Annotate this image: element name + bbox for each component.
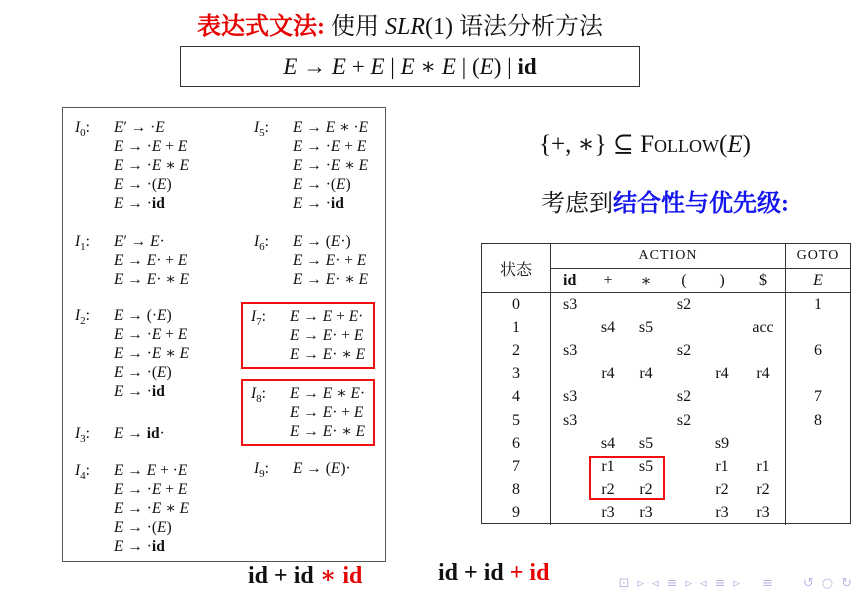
- item-set-i7: I7:E → E + E·E → E· + EE → E· ∗ E: [241, 302, 375, 369]
- item-set-lines: E → E + E·E → E· + EE → E· ∗ E: [290, 307, 365, 364]
- action-cell: [589, 409, 627, 432]
- nonterminal-header: E: [786, 269, 850, 293]
- terminal-header: $: [741, 269, 786, 293]
- action-cell: r4: [703, 363, 741, 386]
- item-set-lines: E → (E)·: [293, 459, 351, 484]
- item-set-i2: I2:E → (·E)E → ·E + EE → ·E ∗ EE → ·(E)E…: [75, 306, 189, 401]
- example-expression-2: id + id + id: [438, 560, 549, 587]
- follow-set-prefix: {+, ∗} ⊆: [539, 131, 640, 158]
- action-cell: r3: [589, 502, 627, 525]
- action-cell: acc: [741, 316, 786, 339]
- action-cell: r2: [741, 479, 786, 502]
- item-set-lines: E → (·E)E → ·E + EE → ·E ∗ EE → ·(E)E → …: [114, 306, 189, 401]
- slide-title: 表达式文法: 使用 SLR(1) 语法分析方法: [72, 6, 728, 41]
- action-cell: s3: [551, 339, 589, 362]
- action-cell: s2: [665, 339, 703, 362]
- state-cell: 8: [482, 479, 551, 502]
- section-lines-icon[interactable]: ≡: [715, 576, 726, 591]
- item-line: E → (E·): [293, 232, 368, 251]
- slide: 表达式文法: 使用 SLR(1) 语法分析方法 E → E + E | E ∗ …: [0, 0, 856, 593]
- action-cell: s4: [589, 316, 627, 339]
- item-line: E → ·id: [293, 194, 368, 213]
- state-cell: 4: [482, 386, 551, 409]
- lr0-item-sets-panel: I0:E′ → ·EE → ·E + EE → ·E ∗ EE → ·(E)E …: [62, 107, 386, 562]
- item-set-lines: E → (E·)E → E· + EE → E· ∗ E: [293, 232, 368, 289]
- action-cell: [741, 432, 786, 455]
- item-line: E → ·id: [114, 537, 189, 556]
- action-cell: [665, 316, 703, 339]
- goto-cell: 6: [786, 339, 850, 362]
- follow-word: Follow: [640, 131, 719, 158]
- consider-plain: 考虑到: [541, 191, 613, 217]
- terminal-header: id: [551, 269, 589, 293]
- action-cell: [665, 479, 703, 502]
- goto-cell: [786, 432, 850, 455]
- action-cell: [665, 502, 703, 525]
- action-cell: s2: [665, 386, 703, 409]
- goto-cell: [786, 363, 850, 386]
- action-cell: [703, 293, 741, 316]
- action-cell: [627, 409, 665, 432]
- example-expression-1: id + id ∗ id: [248, 560, 362, 590]
- item-line: E → E· ∗ E: [293, 270, 368, 289]
- goto-cell: [786, 502, 850, 525]
- expression-segment: id + id: [438, 560, 510, 586]
- frame-lines-icon[interactable]: ≡: [667, 576, 678, 591]
- action-cell: r4: [589, 363, 627, 386]
- item-line: E → E· + E: [290, 326, 365, 345]
- beamer-navigation-bar: ⊡▹◃≡▹◃≡▹≡↺○↻: [619, 576, 852, 591]
- parse-table-grid: 状态ACTIONGOTOid+∗()$E0s3s211s4s5acc2s3s26…: [481, 243, 851, 524]
- action-cell: [665, 432, 703, 455]
- action-cell: [741, 386, 786, 409]
- action-cell: [551, 432, 589, 455]
- item-set-label: I5:: [254, 118, 284, 213]
- item-set-lines: E → id·: [114, 424, 165, 449]
- item-set-lines: E′ → ·EE → ·E + EE → ·E ∗ EE → ·(E)E → ·…: [114, 118, 189, 213]
- consider-emph: 结合性与优先级:: [613, 191, 789, 217]
- item-set-i0: I0:E′ → ·EE → ·E + EE → ·E ∗ EE → ·(E)E …: [75, 118, 189, 213]
- terminal-header: +: [589, 269, 627, 293]
- item-line: E → E· + E: [290, 403, 365, 422]
- action-cell: r3: [741, 502, 786, 525]
- item-set-i1: I1:E′ → E·E → E· + EE → E· ∗ E: [75, 232, 189, 289]
- item-line: E → (E)·: [293, 459, 351, 478]
- consider-line: 考虑到结合性与优先级:: [480, 183, 850, 218]
- goto-cell: [786, 479, 850, 502]
- action-cell: s3: [551, 386, 589, 409]
- action-cell: r2: [703, 479, 741, 502]
- action-cell: [551, 479, 589, 502]
- action-cell: [589, 386, 627, 409]
- action-cell: s4: [589, 432, 627, 455]
- item-line: E → ·E ∗ E: [114, 499, 189, 518]
- prev-frame-icon[interactable]: ◃: [652, 576, 659, 591]
- prev-section-icon[interactable]: ◃: [700, 576, 707, 591]
- action-cell: s5: [627, 432, 665, 455]
- title-text-before: 使用: [325, 14, 385, 40]
- item-set-lines: E → E ∗ E·E → E· + EE → E· ∗ E: [290, 384, 365, 441]
- item-line: E → ·E ∗ E: [114, 344, 189, 363]
- presentation-icon[interactable]: ≡: [762, 576, 773, 591]
- title-text-after: 语法分析方法: [453, 14, 603, 40]
- action-cell: s5: [627, 316, 665, 339]
- item-set-i5: I5:E → E ∗ ·EE → ·E + EE → ·E ∗ EE → ·(E…: [254, 118, 368, 213]
- action-cell: [627, 339, 665, 362]
- action-cell: [741, 339, 786, 362]
- action-cell: [741, 293, 786, 316]
- item-set-i8: I8:E → E ∗ E·E → E· + EE → E· ∗ E: [241, 379, 375, 446]
- action-cell: [703, 409, 741, 432]
- item-line: E → (·E): [114, 306, 189, 325]
- item-set-lines: E → E + ·EE → ·E + EE → ·E ∗ EE → ·(E)E …: [114, 461, 189, 556]
- item-line: E → E + E·: [290, 307, 365, 326]
- item-line: E → E· + E: [114, 251, 189, 270]
- forward-icon[interactable]: ↻: [841, 576, 852, 591]
- action-cell: s3: [551, 293, 589, 316]
- item-line: E → E ∗ ·E: [293, 118, 368, 137]
- action-cell: r1: [703, 455, 741, 478]
- state-cell: 6: [482, 432, 551, 455]
- item-line: E → ·(E): [114, 363, 189, 382]
- action-cell: [589, 293, 627, 316]
- item-line: E → E· + E: [293, 251, 368, 270]
- action-cell: [703, 386, 741, 409]
- item-line: E → ·E + E: [114, 137, 189, 156]
- title-math-paren: (1): [425, 14, 453, 40]
- item-set-i3: I3:E → id·: [75, 424, 165, 449]
- goto-cell: [786, 455, 850, 478]
- back-icon[interactable]: ↺: [803, 576, 814, 591]
- item-set-label: I0:: [75, 118, 105, 213]
- item-line: E → ·E ∗ E: [114, 156, 189, 175]
- item-set-label: I8:: [251, 384, 281, 441]
- follow-set-line: {+, ∗} ⊆ Follow(E): [460, 129, 830, 159]
- item-line: E → ·E + E: [114, 325, 189, 344]
- next-section-icon[interactable]: ▹: [733, 576, 740, 591]
- item-set-label: I4:: [75, 461, 105, 556]
- title-emph: 表达式文法:: [197, 14, 325, 40]
- circle-icon[interactable]: ○: [822, 576, 833, 591]
- item-line: E → ·E + E: [114, 480, 189, 499]
- action-cell: [741, 409, 786, 432]
- item-set-label: I1:: [75, 232, 105, 289]
- goto-cell: 1: [786, 293, 850, 316]
- state-column-header: 状态: [482, 244, 551, 293]
- next-frame-icon[interactable]: ▹: [685, 576, 692, 591]
- goto-cell: 8: [786, 409, 850, 432]
- goto-cell: [786, 316, 850, 339]
- action-cell: [703, 316, 741, 339]
- table-conflict-highlight-box: [589, 456, 665, 500]
- item-set-label: I2:: [75, 306, 105, 401]
- item-line: E → E· ∗ E: [114, 270, 189, 289]
- next-slide-icon[interactable]: ▹: [637, 576, 644, 591]
- state-cell: 3: [482, 363, 551, 386]
- item-line: E → ·id: [114, 194, 189, 213]
- action-cell: s3: [551, 409, 589, 432]
- item-line: E → ·(E): [114, 175, 189, 194]
- action-cell: s9: [703, 432, 741, 455]
- action-cell: s2: [665, 409, 703, 432]
- action-cell: [551, 502, 589, 525]
- state-cell: 1: [482, 316, 551, 339]
- item-set-label: I9:: [254, 459, 284, 484]
- state-cell: 9: [482, 502, 551, 525]
- state-cell: 7: [482, 455, 551, 478]
- terminal-header: ∗: [627, 269, 665, 293]
- action-cell: [627, 293, 665, 316]
- action-cell: [665, 363, 703, 386]
- item-line: E → ·E + E: [293, 137, 368, 156]
- item-set-i9: I9:E → (E)·: [254, 459, 351, 484]
- slr-parse-table: 状态ACTIONGOTOid+∗()$E0s3s211s4s5acc2s3s26…: [481, 243, 851, 524]
- item-line: E → ·(E): [293, 175, 368, 194]
- action-cell: [589, 339, 627, 362]
- frames-icon[interactable]: ⊡: [619, 576, 630, 591]
- terminal-header: (: [665, 269, 703, 293]
- item-line: E′ → ·E: [114, 118, 189, 137]
- item-line: E → ·id: [114, 382, 189, 401]
- action-cell: s2: [665, 293, 703, 316]
- action-cell: [703, 339, 741, 362]
- goto-cell: 7: [786, 386, 850, 409]
- action-cell: r4: [741, 363, 786, 386]
- action-cell: [627, 386, 665, 409]
- item-line: E′ → E·: [114, 232, 189, 251]
- follow-symbol: E: [727, 131, 742, 158]
- action-cell: [551, 316, 589, 339]
- item-set-i6: I6:E → (E·)E → E· + EE → E· ∗ E: [254, 232, 368, 289]
- action-cell: r4: [627, 363, 665, 386]
- expression-segment-red: ∗ id: [320, 563, 363, 589]
- action-cell: r3: [703, 502, 741, 525]
- item-set-lines: E′ → E·E → E· + EE → E· ∗ E: [114, 232, 189, 289]
- title-math-slr: SLR: [385, 14, 425, 40]
- action-header: ACTION: [551, 244, 786, 269]
- action-cell: [665, 455, 703, 478]
- terminal-header: ): [703, 269, 741, 293]
- item-set-i4: I4:E → E + ·EE → ·E + EE → ·E ∗ EE → ·(E…: [75, 461, 189, 556]
- expression-segment-red: + id: [510, 560, 550, 586]
- action-cell: r1: [741, 455, 786, 478]
- item-line: E → E + ·E: [114, 461, 189, 480]
- state-cell: 0: [482, 293, 551, 316]
- item-set-label: I3:: [75, 424, 105, 449]
- grammar-production: E → E + E | E ∗ E | (E) | id: [283, 54, 536, 80]
- item-set-label: I7:: [251, 307, 281, 364]
- item-line: E → E· ∗ E: [290, 345, 365, 364]
- item-set-lines: E → E ∗ ·EE → ·E + EE → ·E ∗ EE → ·(E)E …: [293, 118, 368, 213]
- action-cell: [551, 363, 589, 386]
- item-set-label: I6:: [254, 232, 284, 289]
- goto-header: GOTO: [786, 244, 850, 269]
- follow-close-paren: ): [743, 131, 751, 158]
- item-line: E → ·E ∗ E: [293, 156, 368, 175]
- action-cell: r3: [627, 502, 665, 525]
- action-cell: [551, 455, 589, 478]
- item-line: E → E ∗ E·: [290, 384, 365, 403]
- state-cell: 2: [482, 339, 551, 362]
- item-line: E → E· ∗ E: [290, 422, 365, 441]
- state-cell: 5: [482, 409, 551, 432]
- item-line: E → ·(E): [114, 518, 189, 537]
- expression-segment: id + id: [248, 563, 320, 589]
- grammar-production-box: E → E + E | E ∗ E | (E) | id: [180, 46, 640, 87]
- item-line: E → id·: [114, 424, 165, 443]
